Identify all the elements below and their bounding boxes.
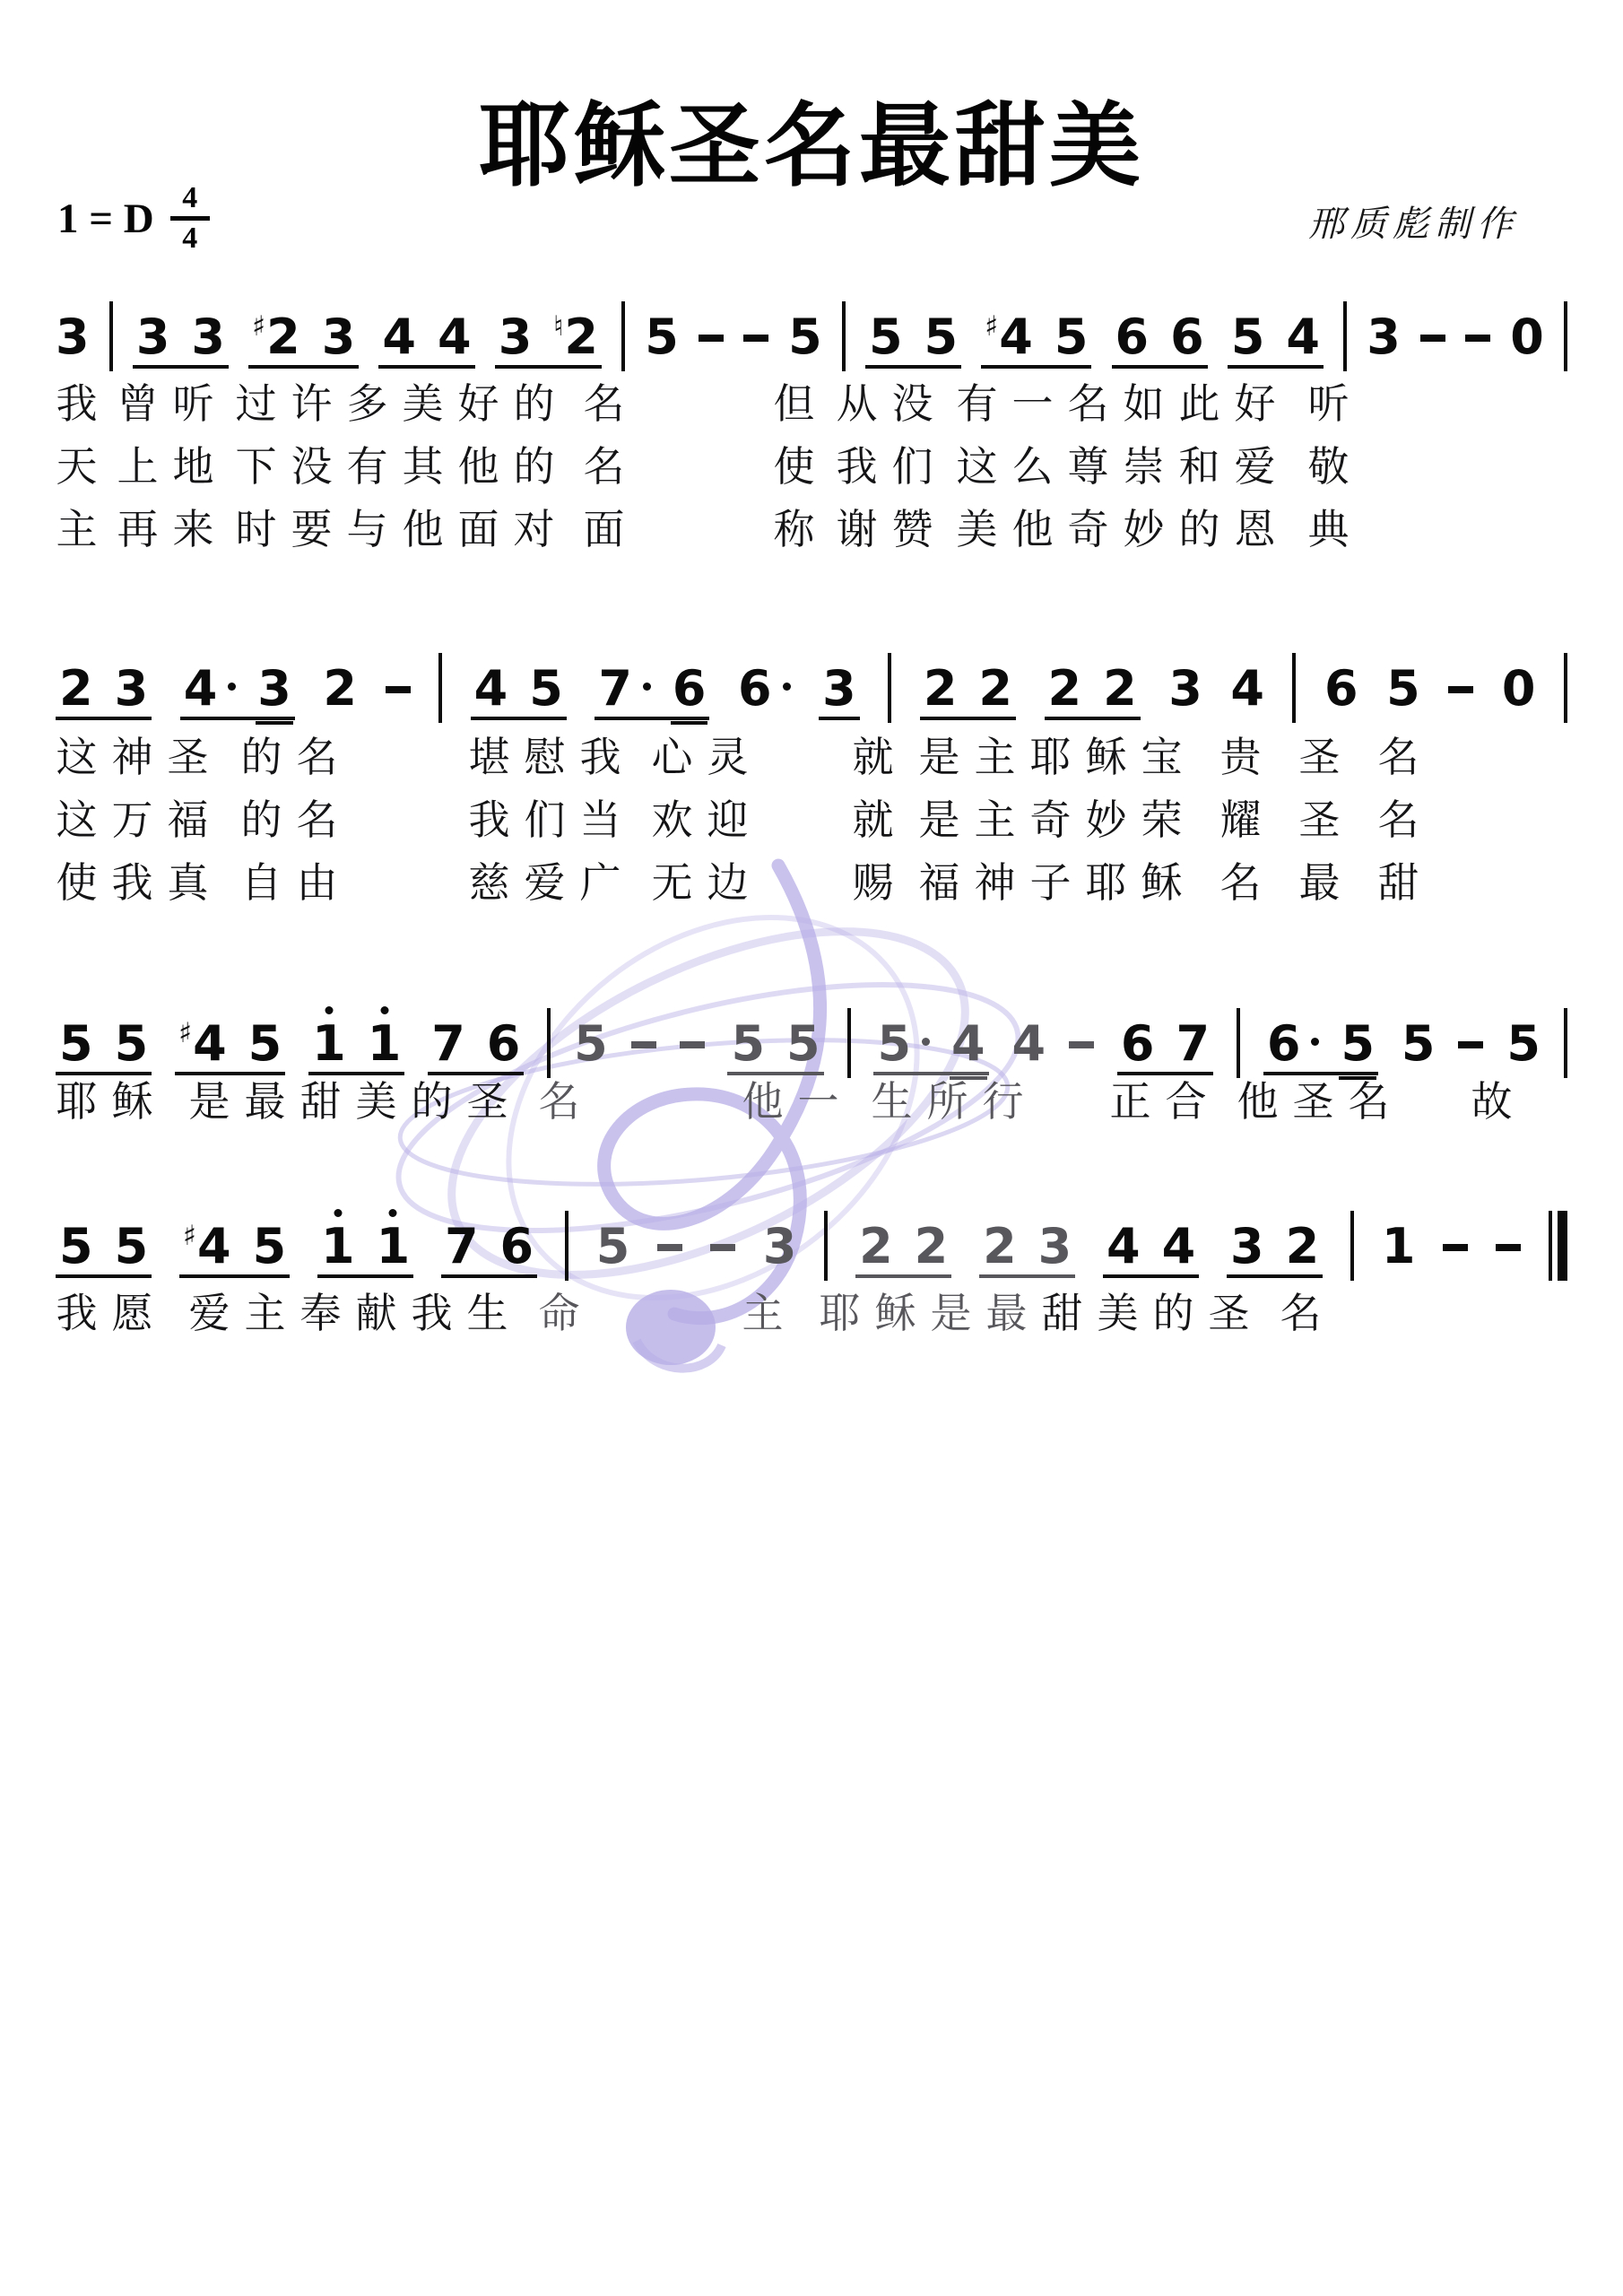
lyric-char: 圣	[466, 1078, 508, 1126]
lyric-char: 耶	[1085, 859, 1127, 907]
note-token: 6	[500, 1222, 534, 1271]
lyric-row-chorus-line1: 耶稣是最甜美的圣名他一生所行正合他圣名故	[56, 1078, 1580, 1126]
lyric-char: 行	[982, 1078, 1024, 1126]
note-token: 5	[248, 1020, 282, 1068]
lyric-char: 的	[240, 734, 282, 781]
note-token: 7	[445, 1222, 479, 1271]
lyric-char: 名	[1067, 380, 1109, 428]
beam-group: 67	[1117, 1020, 1213, 1075]
lyric-char: 荣	[1141, 796, 1183, 844]
lyric-char: 来	[172, 506, 214, 553]
barline	[824, 1211, 828, 1281]
note-token: 6	[1324, 665, 1358, 713]
note-token: 5	[59, 1020, 93, 1068]
lyric-char: 愿	[111, 1290, 153, 1337]
note-token: 1	[321, 1222, 355, 1271]
beam-group: 66	[1112, 313, 1208, 369]
lyric-char: 许	[291, 380, 333, 428]
note-token: ♯4	[183, 1222, 231, 1271]
lyric-char: 甜	[1377, 859, 1419, 907]
barline	[842, 301, 846, 371]
lyric-char: 主	[974, 734, 1016, 781]
key-signature: 1 = D 4 4	[57, 183, 210, 254]
note-token: 5	[1386, 665, 1420, 713]
octave-dot	[325, 1006, 333, 1014]
duration-dash	[1443, 1244, 1468, 1251]
lyric-char: 是	[918, 796, 960, 844]
lyric-char: 我	[836, 443, 878, 491]
lyric-char: 是	[918, 734, 960, 781]
lyric-char: 此	[1178, 380, 1220, 428]
note-token: 5	[574, 1020, 608, 1068]
barline	[621, 301, 625, 371]
lyric-char: 稣	[1085, 734, 1127, 781]
note-token: 3	[1230, 1222, 1264, 1271]
lyric-char: 神	[974, 859, 1016, 907]
beam-group: 33	[133, 313, 229, 369]
lyric-char: 我	[411, 1290, 453, 1337]
note-token: 2	[1048, 665, 1082, 713]
lyric-char: 时	[235, 506, 277, 553]
note-token: 3	[499, 313, 533, 361]
note-token: 1	[377, 1222, 411, 1271]
beam-group: ♯45	[981, 313, 1091, 369]
note-token: 5	[869, 313, 903, 361]
lyric-char: 名	[296, 796, 338, 844]
lyric-char: 稣	[874, 1290, 916, 1337]
lyric-char: 合	[1165, 1078, 1207, 1126]
note-token: 4	[1012, 1020, 1046, 1068]
lyric-char: 美	[1097, 1290, 1139, 1337]
sharp-accidental-icon: ♯	[183, 1222, 196, 1250]
lyric-char: 我	[56, 1290, 98, 1337]
lyric-char: 主	[742, 1290, 784, 1337]
lyric-row-verse2-line2: 这万福的名我们当欢迎就是主奇妙荣耀圣名	[56, 796, 1580, 844]
lyric-char: 好	[457, 380, 499, 428]
beam-group: ♯45	[175, 1020, 285, 1075]
barline	[1564, 1008, 1567, 1078]
duration-dash	[1496, 1244, 1521, 1251]
lyric-char: 名	[296, 734, 338, 781]
lyric-char: 圣	[1298, 734, 1341, 781]
note-token: 5	[924, 313, 959, 361]
lyric-char: 名	[538, 1078, 580, 1126]
duration-dash	[1448, 686, 1473, 693]
lyric-char: 广	[579, 859, 621, 907]
lyric-char: 边	[707, 859, 749, 907]
beam-group: 44	[1103, 1222, 1199, 1278]
lyric-char: 从	[836, 380, 878, 428]
note-token: 2	[859, 1222, 893, 1271]
beam-group: 3♮2	[495, 313, 602, 369]
lyric-char: 么	[1011, 443, 1054, 491]
lyric-char: 耀	[1219, 796, 1262, 844]
lyric-char: 由	[296, 859, 338, 907]
sharp-accidental-icon: ♯	[178, 1020, 192, 1048]
lyric-char: 美	[355, 1078, 397, 1126]
sharp-accidental-icon: ♯	[252, 313, 265, 341]
lyric-char: 的	[513, 380, 555, 428]
lyric-char: 的	[240, 796, 282, 844]
barline	[1292, 653, 1296, 723]
augmentation-dot	[783, 683, 791, 691]
lyric-char: 圣	[1292, 1078, 1334, 1126]
lyric-char: 所	[926, 1078, 968, 1126]
beam-group: 23	[979, 1222, 1075, 1278]
lyric-char: 圣	[167, 734, 209, 781]
note-token: ♯4	[985, 313, 1033, 361]
lyric-char: 名	[583, 443, 625, 491]
beam-group: 65	[1263, 1020, 1378, 1075]
barline	[109, 301, 113, 371]
barline	[547, 1008, 551, 1078]
lyric-char: 的	[513, 443, 555, 491]
note-token: 5	[529, 665, 563, 713]
lyric-row-verse2-line1: 天上地下没有其他的名使我们这么尊崇和爱敬	[56, 443, 1580, 491]
beam-group: 22	[920, 665, 1016, 720]
duration-dash	[631, 1041, 656, 1048]
beam-group: 55	[56, 1020, 152, 1075]
sheet-music-page: 耶稣圣名最甜美 1 = D 4 4 邢质彪制作 333♯23443♮25555♯…	[0, 0, 1623, 2296]
duration-dash	[680, 1041, 705, 1048]
beam-group: 3	[819, 665, 860, 720]
beam-group: 76	[428, 1020, 524, 1075]
note-token: ♮2	[553, 313, 598, 361]
lyric-char: 爱	[524, 859, 566, 907]
note-token: 5	[253, 1222, 287, 1271]
beam-group: 45	[471, 665, 567, 720]
lyric-char: 耶	[56, 1078, 98, 1126]
beam-group: 32	[1227, 1222, 1323, 1278]
beam-group: 54	[1228, 313, 1324, 369]
time-signature: 4 4	[170, 183, 210, 254]
octave-dot	[389, 1209, 397, 1217]
lyric-char: 就	[852, 796, 894, 844]
lyric-char: 稣	[111, 1078, 153, 1126]
lyric-char: 使	[56, 859, 98, 907]
note-token: 2	[924, 665, 958, 713]
note-token: 5	[788, 313, 822, 361]
note-token: 7	[1176, 1020, 1210, 1068]
beam-group: 55	[727, 1020, 823, 1075]
lyric-char: 一	[797, 1078, 839, 1126]
natural-accidental-icon: ♮	[553, 313, 563, 341]
beam-group: 22	[1045, 665, 1141, 720]
note-token: 6	[1115, 313, 1150, 361]
lyric-char: 面	[583, 506, 625, 553]
duration-dash	[710, 1244, 735, 1251]
lyric-char: 他	[457, 443, 499, 491]
note-token: 5	[59, 1222, 93, 1271]
duration-dash	[1420, 335, 1445, 342]
lyric-char: 崇	[1123, 443, 1165, 491]
beam-group: 11	[317, 1222, 413, 1278]
lyric-char: 生	[466, 1290, 508, 1337]
lyric-char: 万	[111, 796, 153, 844]
note-token: 6	[738, 665, 791, 713]
lyric-char: 圣	[1208, 1290, 1250, 1337]
duration-dash	[699, 335, 724, 342]
lyric-row-verse1-line1: 我曾听过许多美好的名但从没有一名如此好听	[56, 380, 1580, 428]
lyric-char: 多	[346, 380, 388, 428]
duration-dash	[1465, 335, 1490, 342]
lyric-char: 上	[117, 443, 159, 491]
lyric-char: 赞	[891, 506, 933, 553]
song-title: 耶稣圣名最甜美	[0, 74, 1623, 204]
lyric-char: 迎	[707, 796, 749, 844]
note-token: 0	[1510, 313, 1544, 361]
sharp-accidental-icon: ♯	[985, 313, 998, 341]
lyric-char: 耶	[819, 1290, 861, 1337]
beam-group: ♯23	[248, 313, 359, 369]
note-token: 6	[1170, 313, 1204, 361]
note-token: 4	[1162, 1222, 1196, 1271]
lyric-char: 爱	[188, 1290, 230, 1337]
note-token: 7	[431, 1020, 465, 1068]
note-token: 5	[1055, 313, 1089, 361]
lyric-char: 就	[852, 734, 894, 781]
lyric-char: 他	[402, 506, 444, 553]
beam-group: 23	[56, 665, 152, 720]
lyric-char: 下	[235, 443, 277, 491]
note-token: 1	[368, 1020, 402, 1068]
beam-group: 55	[56, 1222, 152, 1278]
lyric-char: 真	[167, 859, 209, 907]
beam-group: 22	[855, 1222, 951, 1278]
key-value: 1 = D	[57, 195, 154, 243]
time-signature-numerator: 4	[182, 183, 197, 213]
lyric-char: 主	[244, 1290, 286, 1337]
lyric-char: 生	[871, 1078, 913, 1126]
beam-group: 43	[180, 665, 295, 720]
note-token: 5	[596, 1222, 630, 1271]
note-token: 3	[1168, 665, 1202, 713]
note-token: 4	[438, 313, 472, 361]
lyric-char: 献	[355, 1290, 397, 1337]
lyric-char: 故	[1471, 1078, 1513, 1126]
lyric-char: 有	[956, 380, 998, 428]
lyric-char: 美	[402, 380, 444, 428]
lyric-char: 奉	[299, 1290, 342, 1337]
lyric-char: 主	[974, 796, 1016, 844]
lyric-char: 无	[651, 859, 693, 907]
lyric-char: 神	[111, 734, 153, 781]
lyric-char: 奇	[1067, 506, 1109, 553]
note-token: 5	[1231, 313, 1265, 361]
lyric-char: 的	[1152, 1290, 1194, 1337]
note-token: 5	[731, 1020, 765, 1068]
note-token: 3	[322, 313, 356, 361]
lyric-row-verse3-line1: 主再来时要与他面对面称谢赞美他奇妙的恩典	[56, 506, 1580, 553]
lyric-char: 福	[918, 859, 960, 907]
lyric-char: 典	[1307, 506, 1350, 553]
lyric-char: 听	[1307, 380, 1350, 428]
lyric-char: 自	[240, 859, 282, 907]
note-token: 2	[59, 665, 93, 713]
lyric-char: 有	[346, 443, 388, 491]
lyric-char: 这	[956, 443, 998, 491]
lyric-char: 称	[773, 506, 815, 553]
beam-group: 55	[865, 313, 961, 369]
lyric-char: 最	[985, 1290, 1028, 1337]
lyric-row-chorus-line2: 我愿爱主奉献我生命主耶稣是最甜美的圣名	[56, 1290, 1580, 1337]
lyric-char: 敬	[1307, 443, 1350, 491]
note-token: 2	[915, 1222, 949, 1271]
lyric-char: 我	[111, 859, 153, 907]
lyric-char: 的	[1178, 506, 1220, 553]
time-signature-denominator: 4	[182, 223, 197, 254]
note-token: 3	[1038, 1222, 1072, 1271]
lyric-char: 他	[1237, 1078, 1279, 1126]
lyric-row-verse3-line2: 使我真自由慈爱广无边赐福神子耶稣名最甜	[56, 859, 1580, 907]
barline	[888, 653, 891, 723]
lyric-char: 面	[457, 506, 499, 553]
lyric-char: 我	[56, 380, 98, 428]
lyric-char: 地	[172, 443, 214, 491]
lyric-char: 圣	[1298, 796, 1341, 844]
lyric-char: 爱	[1234, 443, 1276, 491]
music-line-4: 55♯45117653222344321	[56, 1193, 1567, 1278]
lyric-char: 名	[1377, 796, 1419, 844]
lyric-char: 恩	[1234, 506, 1276, 553]
lyric-char: 要	[291, 506, 333, 553]
note-token: 2	[323, 665, 357, 713]
music-line-1: 333♯23443♮25555♯45665430	[56, 283, 1567, 369]
lyric-char: 甜	[299, 1078, 342, 1126]
lyric-char: 名	[1348, 1078, 1390, 1126]
final-barline	[1549, 1211, 1567, 1281]
octave-dot	[380, 1006, 388, 1014]
lyric-char: 名	[1280, 1290, 1322, 1337]
note-token: 4	[1107, 1222, 1141, 1271]
lyric-char: 赐	[852, 859, 894, 907]
lyric-char: 名	[1219, 859, 1262, 907]
duration-dash	[386, 686, 411, 693]
note-token: 6	[487, 1020, 521, 1068]
barline	[1564, 301, 1567, 371]
lyric-char: 没	[291, 443, 333, 491]
augmentation-dot	[922, 1038, 930, 1046]
lyric-char: 与	[346, 506, 388, 553]
lyric-char: 是	[930, 1290, 972, 1337]
lyric-char: 耶	[1029, 734, 1072, 781]
lyric-char: 慰	[524, 734, 566, 781]
lyric-char: 如	[1123, 380, 1165, 428]
lyric-char: 使	[773, 443, 815, 491]
lyric-char: 命	[538, 1290, 580, 1337]
lyric-char: 听	[172, 380, 214, 428]
lyric-char: 妙	[1123, 506, 1165, 553]
lyric-char: 他	[742, 1078, 784, 1126]
beam-group: 54	[873, 1020, 988, 1075]
note-token: 5	[115, 1020, 149, 1068]
duration-dash	[743, 335, 768, 342]
note-token: 3	[257, 665, 291, 713]
lyric-char: 灵	[707, 734, 749, 781]
note-token: 7	[598, 665, 651, 713]
note-token: 4	[951, 1020, 985, 1068]
arranger-credit: 邢质彪制作	[1308, 196, 1519, 247]
lyric-char: 奇	[1029, 796, 1072, 844]
lyric-char: 当	[579, 796, 621, 844]
lyric-char: 正	[1109, 1078, 1151, 1126]
barline	[847, 1008, 851, 1078]
lyric-char: 名	[583, 380, 625, 428]
note-token: 1	[312, 1020, 346, 1068]
lyric-char: 福	[167, 796, 209, 844]
duration-dash	[1069, 1041, 1094, 1048]
lyric-char: 妙	[1085, 796, 1127, 844]
lyric-char: 其	[402, 443, 444, 491]
note-token: 2	[978, 665, 1012, 713]
note-token: 4	[1286, 313, 1320, 361]
note-token: 5	[645, 313, 679, 361]
lyric-char: 慈	[468, 859, 510, 907]
lyric-char: 尊	[1067, 443, 1109, 491]
note-token: 4	[474, 665, 508, 713]
beam-group: 76	[595, 665, 709, 720]
note-token: 3	[763, 1222, 797, 1271]
note-token: 5	[1341, 1020, 1375, 1068]
lyric-char: 这	[56, 796, 98, 844]
beam-group: 11	[308, 1020, 404, 1075]
final-barline-thick	[1558, 1211, 1567, 1281]
time-signature-bar	[170, 216, 210, 221]
note-token: 4	[382, 313, 416, 361]
duration-dash	[1458, 1041, 1483, 1048]
lyric-row-verse1-line2: 这神圣的名堪慰我心灵就是主耶稣宝贵圣名	[56, 734, 1580, 781]
note-token: 5	[1506, 1020, 1541, 1068]
lyric-char: 堪	[468, 734, 510, 781]
lyric-char: 是	[188, 1078, 230, 1126]
lyric-char: 们	[891, 443, 933, 491]
lyric-char: 这	[56, 734, 98, 781]
note-token: 0	[1502, 665, 1536, 713]
lyric-char: 但	[773, 380, 815, 428]
note-token: 5	[877, 1020, 930, 1068]
lyric-char: 最	[244, 1078, 286, 1126]
lyric-char: 稣	[1141, 859, 1183, 907]
lyric-char: 最	[1298, 859, 1341, 907]
beam-group: 44	[378, 313, 474, 369]
barline	[1564, 653, 1567, 723]
lyric-char: 心	[651, 734, 693, 781]
beam-group: ♯45	[179, 1222, 290, 1278]
note-token: 2	[1103, 665, 1137, 713]
lyric-char: 一	[1011, 380, 1054, 428]
duration-dash	[657, 1244, 682, 1251]
octave-dot	[334, 1209, 342, 1217]
music-line-2: 23432457663222234650	[56, 635, 1567, 720]
lyric-char: 我	[579, 734, 621, 781]
lyric-char: 欢	[651, 796, 693, 844]
note-token: 3	[136, 313, 170, 361]
note-token: 1	[1382, 1222, 1416, 1271]
augmentation-dot	[643, 683, 651, 691]
barline	[1237, 1008, 1240, 1078]
lyric-char: 天	[56, 443, 98, 491]
note-token: 5	[115, 1222, 149, 1271]
note-token: 4	[184, 665, 237, 713]
barline	[1350, 1211, 1354, 1281]
note-token: 2	[983, 1222, 1017, 1271]
lyric-char: 没	[891, 380, 933, 428]
music-line-3: 55♯451176555544676555	[56, 990, 1567, 1075]
note-token: ♯4	[178, 1020, 227, 1068]
lyric-char: 名	[1377, 734, 1419, 781]
note-token: 3	[56, 313, 90, 361]
lyric-char: 再	[117, 506, 159, 553]
